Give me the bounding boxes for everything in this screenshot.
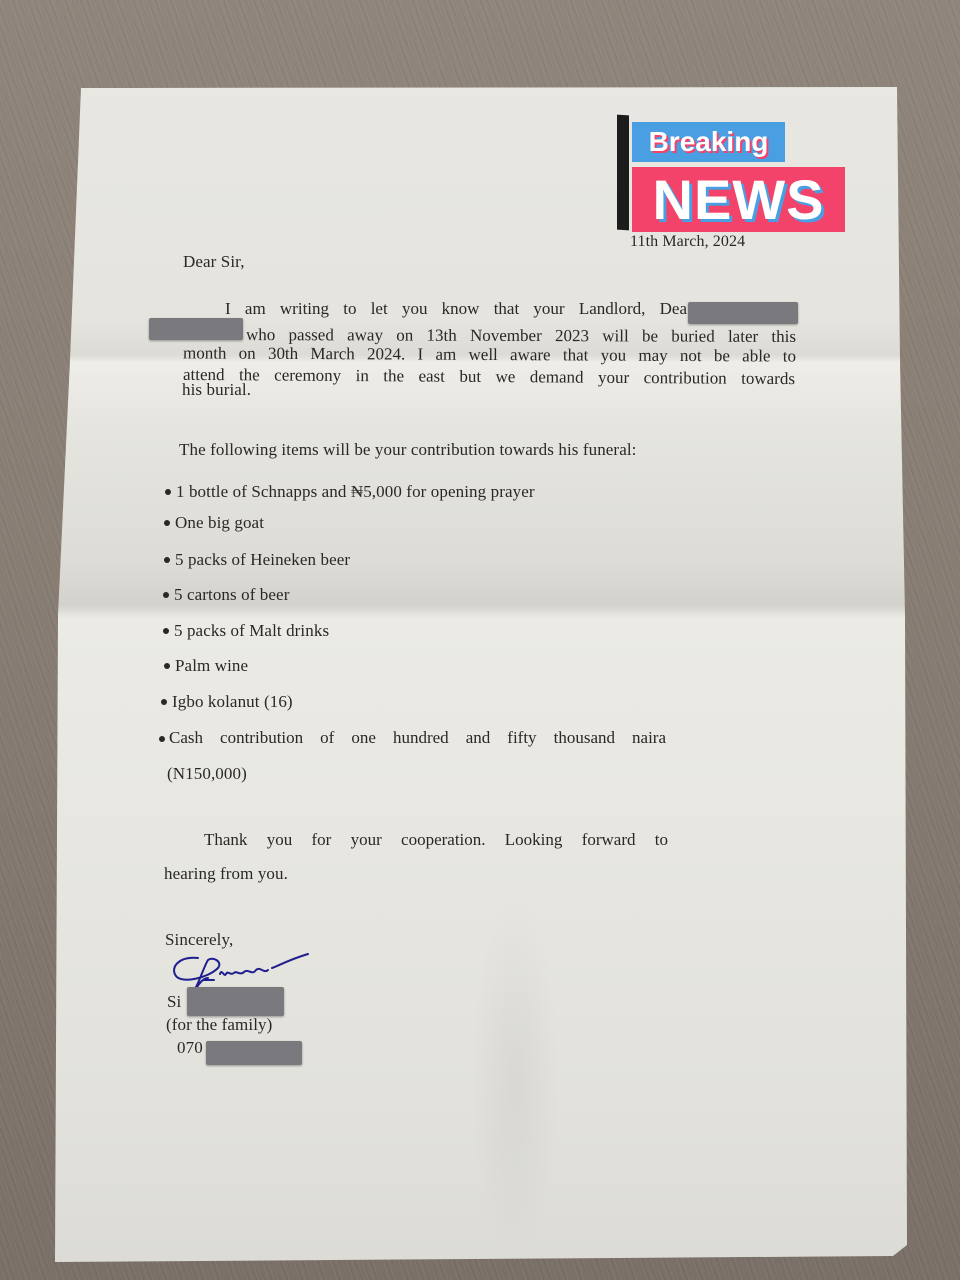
list-item: One big goat [175,513,264,533]
list-intro: The following items will be your contrib… [179,440,637,460]
badge-breaking-label: Breaking [632,122,785,162]
redaction-box-signer-name [187,987,284,1016]
bullet-icon [163,628,169,634]
list-item: 1 bottle of Schnapps and ₦5,000 for open… [176,482,535,502]
body-line-3: month on 30th March 2024. I am well awar… [183,343,796,366]
phone-partial: 070 [177,1038,203,1058]
badge-accent-bar [617,115,629,231]
closing-line-2: hearing from you. [164,864,288,884]
bullet-icon [164,520,170,526]
redaction-box-landlord-name [688,302,798,324]
list-item: Palm wine [175,656,248,676]
redaction-box-landlord-surname [149,318,243,340]
list-item: Cash contribution of one hundred and fif… [169,728,666,748]
badge-news-label: NEWS [632,167,845,232]
redaction-box-phone-number [206,1041,302,1065]
salutation: Dear Sir, [183,252,245,272]
valediction: Sincerely, [165,930,233,950]
list-item: 5 cartons of beer [174,585,289,605]
signer-name-partial: Si [167,992,181,1012]
bullet-icon [159,736,165,742]
bullet-icon [161,699,167,705]
list-item: 5 packs of Malt drinks [174,621,329,641]
bullet-icon [163,592,169,598]
list-item: Igbo kolanut (16) [172,692,293,712]
body-line-4: attend the ceremony in the east but we d… [183,365,795,389]
bullet-icon [164,663,170,669]
body-line-5: his burial. [182,380,251,400]
signer-role: (for the family) [166,1015,272,1035]
closing-line-1: Thank you for your cooperation. Looking … [204,830,668,850]
letter-date: 11th March, 2024 [630,232,745,252]
body-line-1: I am writing to let you know that your L… [225,299,687,319]
bullet-icon [164,557,170,563]
bullet-icon [165,489,171,495]
list-item: 5 packs of Heineken beer [175,550,350,570]
list-item-continuation: (N150,000) [167,764,247,784]
